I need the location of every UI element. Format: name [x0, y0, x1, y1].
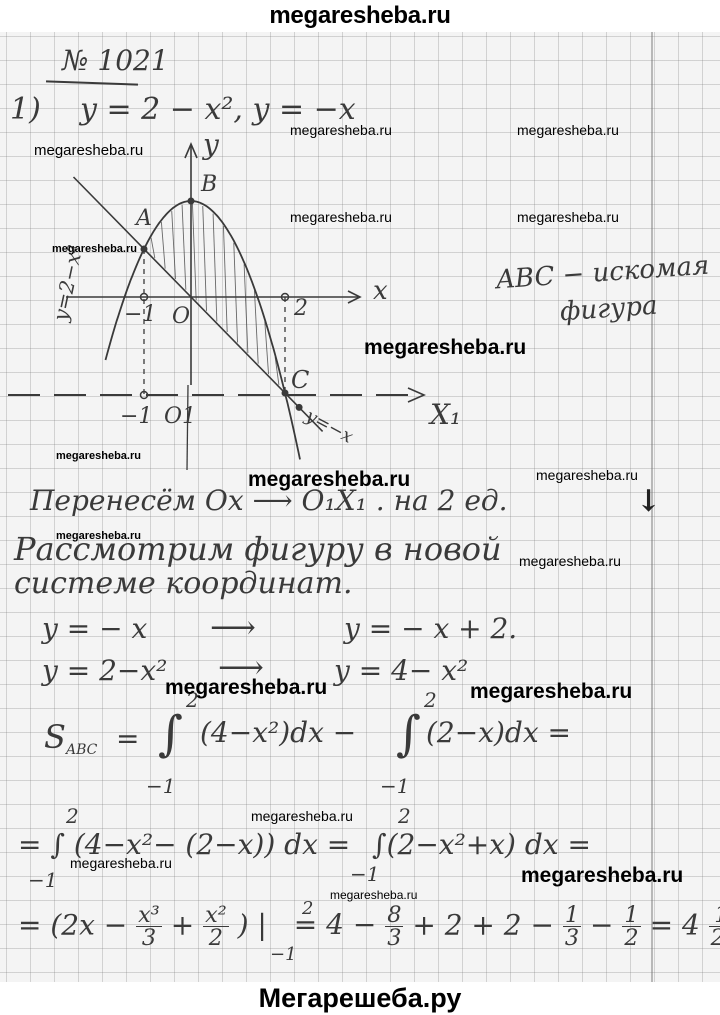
watermark: megaresheba.ru — [34, 142, 143, 159]
line2-lower-2: −1 — [350, 862, 379, 886]
watermark: megaresheba.ru — [330, 888, 417, 902]
integral-1-body: (4−x²)dx − — [200, 716, 356, 749]
watermark: megaresheba.ru — [470, 680, 632, 704]
point-b-label: B — [201, 172, 217, 197]
eq2-left: y = 2−x² — [42, 654, 167, 687]
eq1-right: y = − x + 2. — [344, 612, 517, 645]
fraction-1-over-3: 13 — [563, 904, 581, 950]
consider-line-2: системе координат. — [14, 566, 353, 601]
line2-upper-1: 2 — [66, 804, 79, 828]
shift-arrow: ↓ — [636, 484, 661, 519]
watermark: megaresheba.ru — [165, 676, 327, 700]
point-a-label: A — [136, 206, 152, 231]
function-graph — [0, 0, 720, 480]
line3: = (2x − x³3 + x²2 ) | = 4 − 83 + 2 + 2 −… — [18, 904, 720, 950]
x-axis-label: x — [373, 276, 388, 306]
eq1-arrow: ⟶ — [210, 608, 256, 646]
line3-lower-limit: −1 — [270, 944, 297, 965]
footer-site-name: Мегарешеба.ру — [259, 983, 462, 1013]
line3-bar: ) | — [238, 908, 267, 941]
line2-right: ∫(2−x²+x) dx = — [372, 828, 591, 861]
origin1-label: O1 — [164, 404, 196, 429]
fraction-x2-over-2: x²2 — [203, 904, 229, 950]
y-axis-label: y — [203, 128, 219, 161]
integral-2-lower: −1 — [380, 774, 409, 798]
watermark: megaresheba.ru — [248, 468, 410, 492]
integral-1-lower: −1 — [146, 774, 175, 798]
fraction-x3-over-3: x³3 — [136, 904, 162, 950]
watermark: megaresheba.ru — [290, 122, 392, 138]
integral-1-sign: ∫ — [158, 706, 183, 762]
watermark: megaresheba.ru — [536, 467, 638, 483]
line3-result: = 4 — [650, 908, 700, 941]
line2-upper-2: 2 — [398, 804, 411, 828]
watermark: megaresheba.ru — [56, 450, 141, 462]
watermark: megaresheba.ru — [519, 553, 621, 569]
integral-2-sign: ∫ — [396, 706, 421, 762]
line3-start: = (2x − — [18, 908, 127, 941]
line3-upper-limit: 2 — [302, 898, 313, 919]
watermark: megaresheba.ru — [517, 122, 619, 138]
eq1-left: y = − x — [42, 612, 147, 645]
area-equals: = — [116, 722, 139, 755]
eq2-right: y = 4− x² — [334, 654, 468, 687]
watermark: megaresheba.ru — [364, 336, 526, 360]
watermark: megaresheba.ru — [290, 209, 392, 225]
point-c-label: C — [291, 366, 309, 394]
tick-minus-one-lower: −1 — [120, 404, 152, 429]
tick-minus-one: −1 — [124, 302, 156, 327]
fraction-1-over-2: 12 — [622, 904, 640, 950]
watermark: megaresheba.ru — [251, 808, 353, 824]
watermark: megaresheba.ru — [521, 864, 683, 888]
fraction-8-over-3: 83 — [385, 904, 403, 950]
tick-two: 2 — [294, 296, 308, 321]
watermark: megaresheba.ru — [70, 855, 172, 871]
x1-axis-label: X₁ — [430, 398, 461, 431]
watermark: megaresheba.ru — [52, 243, 137, 255]
area-subscript: ABC — [66, 742, 97, 758]
line2-lower-1: −1 — [28, 868, 57, 892]
watermark: megaresheba.ru — [517, 209, 619, 225]
integral-2-body: (2−x)dx = — [426, 716, 571, 749]
line2-left: = ∫ (4−x²− (2−x)) dx = — [18, 828, 350, 861]
line3-mid: + 2 + 2 − — [412, 908, 554, 941]
integral-2-upper: 2 — [424, 688, 437, 712]
area-symbol: S — [44, 718, 66, 756]
site-footer: Мегарешеба.ру — [0, 982, 720, 1015]
result-fraction: 12. — [709, 904, 720, 950]
origin-label: O — [172, 304, 190, 329]
line3-plus: + — [171, 908, 194, 941]
line3-minus: − — [590, 908, 613, 941]
watermark: megaresheba.ru — [56, 530, 141, 542]
